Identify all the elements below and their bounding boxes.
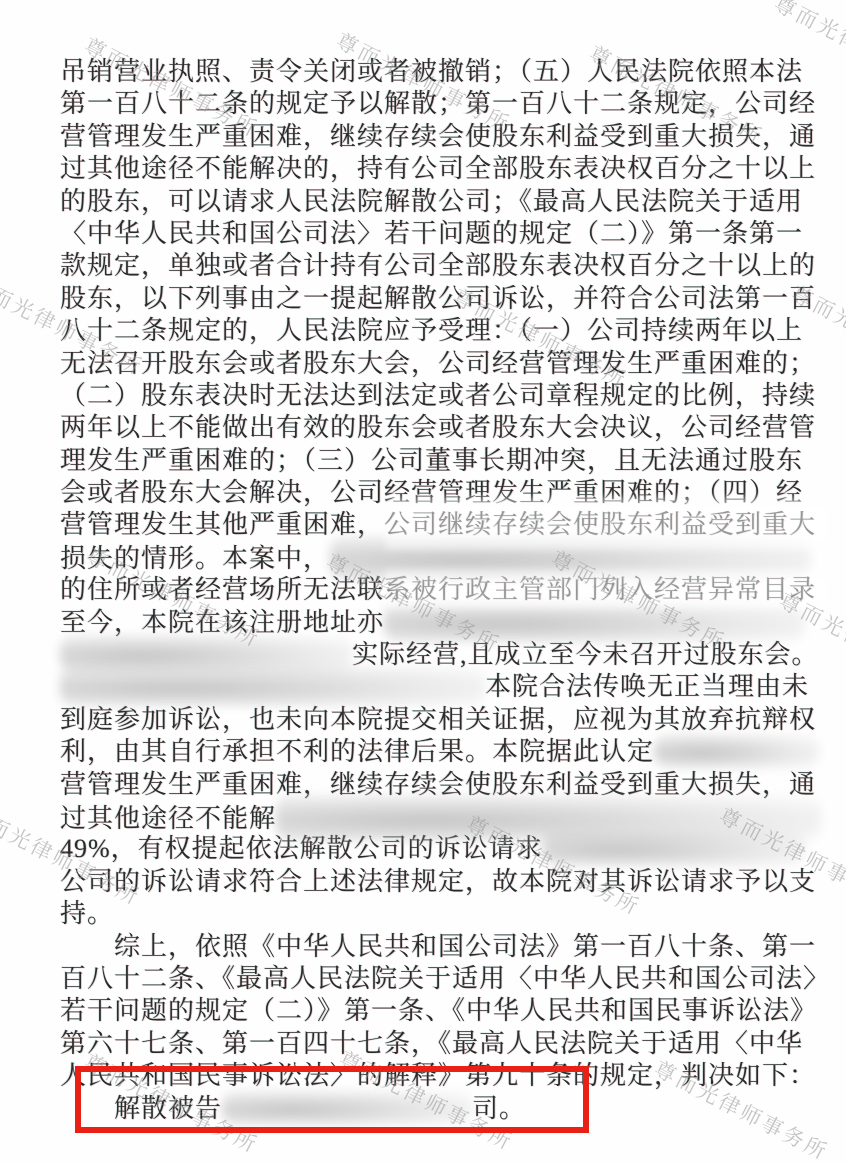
text-line: 款规定，单独或者合计持有公司全部股东表决权百分之十以上的: [60, 250, 820, 282]
text-segment: 过其他途径不能解决的，持有公司全部股东表决权百分之十以上: [60, 154, 816, 183]
text-segment: 股东，以下列事由之一提起解散公司诉讼，并符合公司法第一百: [60, 284, 816, 313]
text-line: 无法召开股东会或者股东大会，公司经营管理发生严重困难的；: [60, 348, 820, 380]
redacted-text: [654, 734, 819, 768]
text-line: 过其他途径不能解: [60, 801, 820, 833]
text-line: 股东，以下列事由之一提起解散公司诉讼，并符合公司法第一百: [60, 283, 820, 315]
text-line: 到庭参加诉讼，也未向本院提交相关证据，应视为其放弃抗辩权: [60, 704, 820, 736]
text-line: 持。: [60, 898, 820, 930]
text-segment: 款规定，单独或者合计持有公司全部股东表决权百分之十以上的: [60, 251, 816, 280]
text-segment: 的股东，可以请求人民法院解散公司；《最高人民法院关于适用: [60, 187, 803, 216]
text-segment: 若干问题的规定（二）》第一条、《中华人民共和国民事诉讼法》: [60, 996, 817, 1025]
text-line: 过其他途径不能解决的，持有公司全部股东表决权百分之十以上: [60, 153, 820, 185]
text-line: 公司的诉讼请求符合上述法律规定，故本院对其诉讼请求予以支: [60, 866, 820, 898]
text-line: 综上，依照《中华人民共和国公司法》第一百八十条、第一: [60, 931, 820, 963]
text-segment: 过其他途径不能解: [60, 804, 276, 833]
text-line: 理发生严重困难的；（三）公司董事长期冲突，且无法通过股东: [60, 445, 820, 477]
text-segment: 理发生严重困难的；（三）公司董事长期冲突，且无法通过股东: [60, 446, 803, 475]
text-segment: 实际经营,且成立至今未召开过股东会。: [352, 640, 819, 669]
text-segment: 本院合法传唤无正当理由未: [485, 672, 809, 701]
text-line: （二）股东表决时无法达到法定或者公司章程规定的比例，持续: [60, 380, 820, 412]
text-segment: 两年以上不能做出有效的股东会或者股东大会决议，公司经营管: [60, 413, 816, 442]
text-line: 本院合法传唤无正当理由未: [60, 671, 820, 703]
text-line: 〈中华人民共和国公司法〉若干问题的规定（二）》第一条第一: [60, 218, 820, 250]
text-segment: 〈中华人民共和国公司法〉若干问题的规定（二）》第一条第一: [60, 219, 803, 248]
redacted-text: [60, 666, 485, 706]
fade-patch: [385, 497, 835, 549]
text-line: 百八十二条、《最高人民法院关于适用〈中华人民共和国公司法〉: [60, 963, 820, 995]
text-segment: 公司的诉讼请求符合上述法律规定，故本院对其诉讼请求予以支: [60, 867, 816, 896]
text-line: 利，由其自行承担不利的法律后果。本院据此认定: [60, 736, 820, 768]
text-segment: 利，由其自行承担不利的法律后果。本院据此认定: [60, 737, 654, 766]
text-segment: 综上，依照《中华人民共和国公司法》第一百八十条、第一: [114, 932, 816, 961]
text-segment: 持。: [60, 899, 114, 928]
text-segment: 无法召开股东会或者股东大会，公司经营管理发生严重困难的；: [60, 349, 816, 378]
text-line: 八十二条规定的，人民法院应予受理：（一）公司持续两年以上: [60, 315, 820, 347]
text-line: 第六十七条、第一百四十七条，《最高人民法院关于适用〈中华: [60, 1028, 820, 1060]
text-segment: 营管理发生严重困难，继续存续会使股东利益受到重大损失，通: [60, 122, 816, 151]
text-segment: 到庭参加诉讼，也未向本院提交相关证据，应视为其放弃抗辩权: [60, 705, 816, 734]
text-segment: 百八十二条、《最高人民法院关于适用〈中华人民共和国公司法〉: [60, 964, 830, 993]
text-line: 两年以上不能做出有效的股东会或者股东大会决议，公司经营管: [60, 412, 820, 444]
document-page: 吊销营业执照、责令关闭或者被撤销；（五）人民法院依照本法第一百八十二条的规定予以…: [0, 0, 846, 1164]
text-line: 若干问题的规定（二）》第一条、《中华人民共和国民事诉讼法》: [60, 995, 820, 1027]
text-line: 的股东，可以请求人民法院解散公司；《最高人民法院关于适用: [60, 186, 820, 218]
text-segment: 第六十七条、第一百四十七条，《最高人民法院关于适用〈中华: [60, 1029, 803, 1058]
text-segment: （二）股东表决时无法达到法定或者公司章程规定的比例，持续: [60, 381, 816, 410]
text-segment: 八十二条规定的，人民法院应予受理：（一）公司持续两年以上: [60, 316, 803, 345]
highlight-box: [75, 1066, 589, 1133]
